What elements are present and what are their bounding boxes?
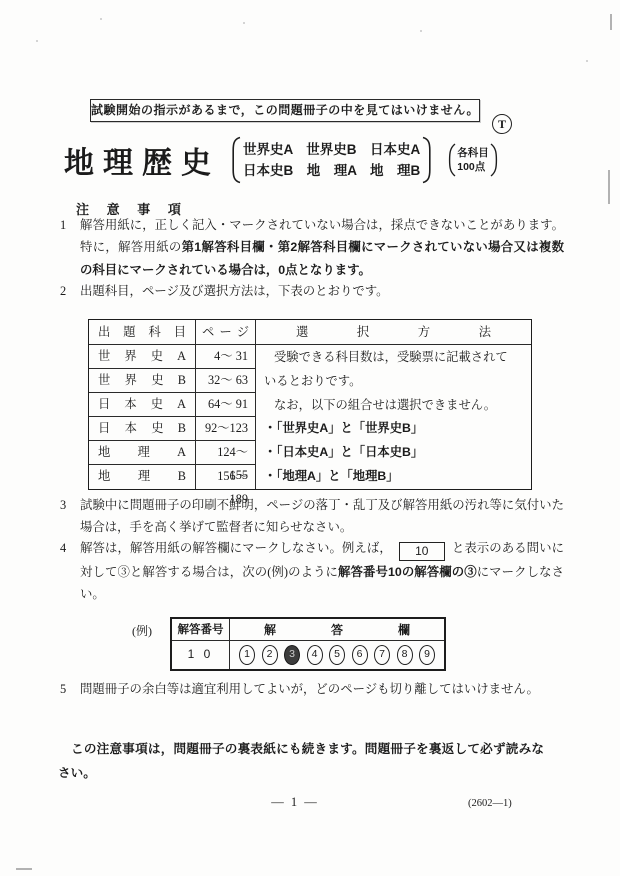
selection-method-cell: 受験できる科目数は，受験票に記載されて いるとおりです。 なお，以下の組合せは選… <box>256 345 531 489</box>
score-note: 各科目 100点 <box>447 143 499 177</box>
method-line: いるとおりです。 <box>256 370 531 394</box>
method-line-bullet: ・「世界史A」と「世界史B」 <box>256 417 531 441</box>
score-bracket-open-icon <box>447 143 456 177</box>
scan-speck <box>243 22 245 24</box>
scan-artifact <box>16 868 32 870</box>
instruction-5-text: 問題冊子の余白等は適宜利用してよいが，どのページも切り離してはいけません。 <box>80 682 539 696</box>
instruction-4: 4解答は，解答用紙の解答欄にマークしなさい。例えば，10と表示のある問いに対して… <box>60 537 564 606</box>
subject-list-line1: 世界史A 世界史B 日本史A <box>243 139 420 160</box>
table-row-pages: 64〜 91 <box>196 393 256 417</box>
instruction-1-number: 1 <box>60 214 80 236</box>
example-digit-row: 1 2 3 4 5 6 7 8 9 <box>230 641 444 669</box>
subject-bracket-close-icon <box>422 136 433 184</box>
table-row-pages: 4〜 31 <box>196 345 256 369</box>
table-row-subject: 地理B <box>89 465 196 489</box>
table-row-pages: 124〜155 <box>196 441 256 465</box>
example-header-number: 解答番号 <box>172 619 230 641</box>
booklet-type-letter: T <box>498 117 506 131</box>
table-row-pages: 32〜 63 <box>196 369 256 393</box>
example-label: (例) <box>132 622 152 639</box>
table-row-pages: 156〜189 <box>196 465 256 489</box>
table-row-subject: 日本史B <box>89 417 196 441</box>
example-answer-table: 解答番号 解答欄 1 0 1 2 3 4 5 6 7 8 9 <box>170 617 446 671</box>
method-line-bullet: ・「地理A」と「地理B」 <box>256 465 531 489</box>
answer-number-box: 10 <box>399 542 445 561</box>
instruction-5: 5問題冊子の余白等は適宜利用してよいが，どのページも切り離してはいけません。 <box>60 678 564 700</box>
title-block: 地理歴史 世界史A 世界史B 日本史A 日本史B 地 理A 地 理B 各科目 1… <box>64 134 499 186</box>
table-row-subject: 日本史A <box>89 393 196 417</box>
subject-list: 世界史A 世界史B 日本史A 日本史B 地 理A 地 理B <box>243 139 420 181</box>
closing-note: この注意事項は，問題冊子の裏表紙にも続きます。問題冊子を裏返して必ず読みなさい。 <box>58 738 544 785</box>
subject-page-table: 出題科目 ページ 選択方法 世界史A 4〜 31 世界史B 32〜 63 日本史… <box>88 319 532 490</box>
scan-speck <box>586 60 588 62</box>
circled-digit-8: 8 <box>397 645 413 665</box>
scan-artifact <box>608 170 610 204</box>
instruction-3: 3試験中に問題冊子の印刷不鮮明，ページの落丁・乱丁及び解答用紙の汚れ等に気付いた… <box>60 494 564 539</box>
table-row-pages: 92〜123 <box>196 417 256 441</box>
instruction-4-number: 4 <box>60 537 80 559</box>
method-line: 受験できる科目数は，受験票に記載されて <box>256 346 531 370</box>
example-answer-number: 1 0 <box>172 641 230 669</box>
circled-digit-4: 4 <box>307 645 323 665</box>
exam-title: 地理歴史 <box>64 138 220 182</box>
score-bracket-close-icon <box>490 143 499 177</box>
no-peek-banner-text: 試験開始の指示があるまで，この問題冊子の中を見てはいけません。 <box>91 103 479 117</box>
instruction-4-text-1: 解答は，解答用紙の解答欄にマークしなさい。例えば， <box>80 541 392 555</box>
circled-digit-9: 9 <box>419 645 435 665</box>
scan-artifact <box>610 14 612 30</box>
circled-digit-2: 2 <box>262 645 278 665</box>
no-peek-banner: 試験開始の指示があるまで，この問題冊子の中を見てはいけません。 <box>90 99 480 122</box>
print-code: (2602—1) <box>468 798 512 809</box>
table-row-subject: 地理A <box>89 441 196 465</box>
circled-digit-5: 5 <box>329 645 345 665</box>
circled-digit-6: 6 <box>352 645 368 665</box>
instruction-3-text: 試験中に問題冊子の印刷不鮮明，ページの落丁・乱丁及び解答用紙の汚れ等に気付いた場… <box>80 498 564 534</box>
instruction-4-bold-text: 解答番号10の解答欄の③ <box>338 565 477 579</box>
score-note-text: 各科目 100点 <box>457 146 489 174</box>
instruction-2: 2出題科目，ページ及び選択方法は，下表のとおりです。 <box>60 280 564 302</box>
instruction-3-number: 3 <box>60 494 80 516</box>
circled-digit-7: 7 <box>374 645 390 665</box>
score-note-line1: 各科目 <box>457 146 489 160</box>
instruction-2-number: 2 <box>60 280 80 302</box>
table-header-subject: 出題科目 <box>89 320 196 345</box>
score-note-line2: 100点 <box>457 160 489 174</box>
instruction-2-text: 出題科目，ページ及び選択方法は，下表のとおりです。 <box>80 284 389 298</box>
circled-digit-3-marked: 3 <box>284 645 300 665</box>
table-row-subject: 世界史B <box>89 369 196 393</box>
exam-cover-sheet: 試験開始の指示があるまで，この問題冊子の中を見てはいけません。 T 地理歴史 世… <box>0 0 620 876</box>
table-header-method: 選択方法 <box>256 320 531 345</box>
subject-list-line2: 日本史B 地 理A 地 理B <box>243 160 420 181</box>
scan-speck <box>420 30 422 32</box>
table-header-pages: ページ <box>196 320 256 345</box>
scan-speck <box>36 40 38 42</box>
method-line: なお，以下の組合せは選択できません。 <box>256 394 531 418</box>
subject-bracket-open-icon <box>230 136 241 184</box>
scan-speck <box>100 18 102 20</box>
booklet-type-mark: T <box>492 114 512 134</box>
instruction-1: 1解答用紙に，正しく記入・マークされていない場合は，採点できないことがあります。… <box>60 214 564 281</box>
example-header-answer: 解答欄 <box>230 619 444 641</box>
method-line-bullet: ・「日本史A」と「日本史B」 <box>256 441 531 465</box>
table-row-subject: 世界史A <box>89 345 196 369</box>
instruction-5-number: 5 <box>60 678 80 700</box>
circled-digit-1: 1 <box>239 645 255 665</box>
